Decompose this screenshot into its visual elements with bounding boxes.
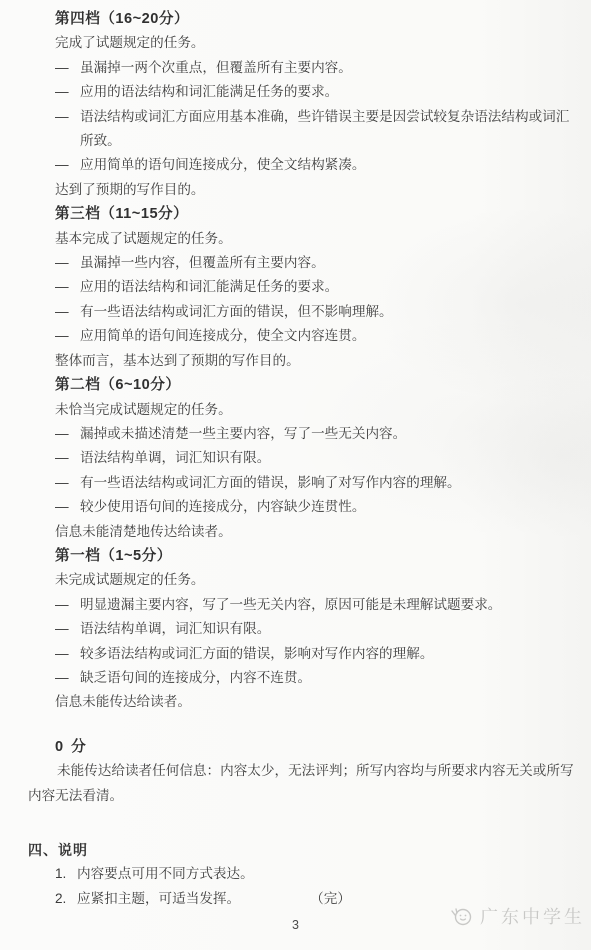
- band-1-bullet-3: — 较多语法结构或词汇方面的错误，影响对写作内容的理解。: [55, 642, 573, 666]
- bullet-text: 虽漏掉一些内容，但覆盖所有主要内容。: [80, 251, 325, 275]
- band-1-bullet-2: — 语法结构单调，词汇知识有限。: [55, 617, 573, 641]
- bullet-text: 较少使用语句间的连接成分，内容缺少连贯性。: [80, 495, 365, 519]
- dash-marker: —: [55, 593, 80, 617]
- dash-marker: —: [55, 324, 80, 348]
- dash-marker: —: [55, 617, 80, 641]
- band-1-bullet-1: — 明显遗漏主要内容，写了一些无关内容，原因可能是未理解试题要求。: [55, 593, 573, 617]
- band-2-bullet-1: — 漏掉或未描述清楚一些主要内容，写了一些无关内容。: [55, 422, 573, 446]
- bullet-text: 应用简单的语句间连接成分，使全文结构紧凑。: [80, 153, 365, 177]
- bullet-text: 缺乏语句间的连接成分，内容不连贯。: [80, 666, 311, 690]
- notes-section: 四、说明 1. 内容要点可用不同方式表达。 2. 应紧扣主题，可适当发挥。 （完…: [55, 838, 573, 911]
- dash-marker: —: [55, 251, 80, 275]
- note-text: 内容要点可用不同方式表达。: [77, 862, 254, 886]
- dash-marker: —: [55, 153, 80, 177]
- band-2-section: 第二档（6~10分） 未恰当完成试题规定的任务。 — 漏掉或未描述清楚一些主要内…: [55, 373, 573, 544]
- band-3-bullet-1: — 虽漏掉一些内容，但覆盖所有主要内容。: [55, 251, 573, 275]
- note-number: 1.: [55, 862, 77, 886]
- dash-marker: —: [55, 80, 80, 104]
- band-4-lead: 完成了试题规定的任务。: [55, 31, 573, 55]
- zero-score-body: 未能传达给读者任何信息：内容太少，无法评判；所写内容均与所要求内容无关或所写内容…: [28, 759, 576, 808]
- watermark-logo-icon: [450, 905, 474, 927]
- band-3-bullet-4: — 应用简单的语句间连接成分，使全文内容连贯。: [55, 324, 573, 348]
- band-3-bullet-2: — 应用的语法结构和词汇能满足任务的要求。: [55, 275, 573, 299]
- band-4-heading: 第四档（16~20分）: [55, 7, 573, 31]
- bullet-text: 应用的语法结构和词汇能满足任务的要求。: [80, 275, 338, 299]
- note-item-1: 1. 内容要点可用不同方式表达。: [55, 862, 573, 886]
- band-4-tail: 达到了预期的写作目的。: [55, 178, 573, 202]
- band-3-bullet-3: — 有一些语法结构或词汇方面的错误，但不影响理解。: [55, 300, 573, 324]
- bullet-text: 虽漏掉一两个次重点，但覆盖所有主要内容。: [80, 56, 352, 80]
- bullet-text: 语法结构单调，词汇知识有限。: [80, 446, 270, 470]
- band-4-bullet-3: — 语法结构或词汇方面应用基本准确，些许错误主要是因尝试较复杂语法结构或词汇所致…: [55, 105, 573, 154]
- end-mark: （完）: [310, 887, 351, 911]
- dash-marker: —: [55, 471, 80, 495]
- band-4-bullet-2: — 应用的语法结构和词汇能满足任务的要求。: [55, 80, 573, 104]
- notes-heading: 四、说明: [28, 838, 573, 862]
- band-4-bullet-1: — 虽漏掉一两个次重点，但覆盖所有主要内容。: [55, 56, 573, 80]
- bullet-text: 有一些语法结构或词汇方面的错误，影响了对写作内容的理解。: [80, 471, 461, 495]
- band-1-lead: 未完成试题规定的任务。: [55, 568, 573, 592]
- dash-marker: —: [55, 666, 80, 690]
- band-2-bullet-3: — 有一些语法结构或词汇方面的错误，影响了对写作内容的理解。: [55, 471, 573, 495]
- band-4-section: 第四档（16~20分） 完成了试题规定的任务。 — 虽漏掉一两个次重点，但覆盖所…: [55, 7, 573, 202]
- band-3-tail: 整体而言，基本达到了预期的写作目的。: [55, 349, 573, 373]
- band-1-bullet-4: — 缺乏语句间的连接成分，内容不连贯。: [55, 666, 573, 690]
- band-1-tail: 信息未能传达给读者。: [55, 690, 573, 714]
- note-number: 2.: [55, 887, 77, 911]
- zero-score-heading: 0 分: [55, 735, 573, 759]
- band-3-lead: 基本完成了试题规定的任务。: [55, 227, 573, 251]
- band-2-bullet-2: — 语法结构单调，词汇知识有限。: [55, 446, 573, 470]
- band-2-tail: 信息未能清楚地传达给读者。: [55, 520, 573, 544]
- watermark: 广东中学生: [450, 903, 585, 929]
- zero-score-section: 0 分 未能传达给读者任何信息：内容太少，无法评判；所写内容均与所要求内容无关或…: [55, 735, 573, 808]
- band-2-lead: 未恰当完成试题规定的任务。: [55, 398, 573, 422]
- bullet-text: 语法结构单调，词汇知识有限。: [80, 617, 270, 641]
- dash-marker: —: [55, 105, 80, 154]
- bullet-text: 明显遗漏主要内容，写了一些无关内容，原因可能是未理解试题要求。: [80, 593, 501, 617]
- watermark-text: 广东中学生: [480, 903, 585, 929]
- dash-marker: —: [55, 275, 80, 299]
- bullet-text: 语法结构或词汇方面应用基本准确，些许错误主要是因尝试较复杂语法结构或词汇所致。: [80, 105, 575, 154]
- dash-marker: —: [55, 495, 80, 519]
- band-3-heading: 第三档（11~15分）: [55, 202, 573, 226]
- bullet-text: 较多语法结构或词汇方面的错误，影响对写作内容的理解。: [80, 642, 433, 666]
- bullet-text: 漏掉或未描述清楚一些主要内容，写了一些无关内容。: [80, 422, 406, 446]
- bullet-text: 应用的语法结构和词汇能满足任务的要求。: [80, 80, 338, 104]
- note-text: 应紧扣主题，可适当发挥。: [77, 887, 240, 911]
- bullet-text: 应用简单的语句间连接成分，使全文内容连贯。: [80, 324, 365, 348]
- band-2-bullet-4: — 较少使用语句间的连接成分，内容缺少连贯性。: [55, 495, 573, 519]
- band-1-heading: 第一档（1~5分）: [55, 544, 573, 568]
- dash-marker: —: [55, 300, 80, 324]
- bullet-text: 有一些语法结构或词汇方面的错误，但不影响理解。: [80, 300, 393, 324]
- band-3-section: 第三档（11~15分） 基本完成了试题规定的任务。 — 虽漏掉一些内容，但覆盖所…: [55, 202, 573, 373]
- dash-marker: —: [55, 56, 80, 80]
- band-1-section: 第一档（1~5分） 未完成试题规定的任务。 — 明显遗漏主要内容，写了一些无关内…: [55, 544, 573, 715]
- dash-marker: —: [55, 446, 80, 470]
- band-4-bullet-4: — 应用简单的语句间连接成分，使全文结构紧凑。: [55, 153, 573, 177]
- dash-marker: —: [55, 422, 80, 446]
- document-page: 第四档（16~20分） 完成了试题规定的任务。 — 虽漏掉一两个次重点，但覆盖所…: [0, 0, 591, 950]
- band-2-heading: 第二档（6~10分）: [55, 373, 573, 397]
- dash-marker: —: [55, 642, 80, 666]
